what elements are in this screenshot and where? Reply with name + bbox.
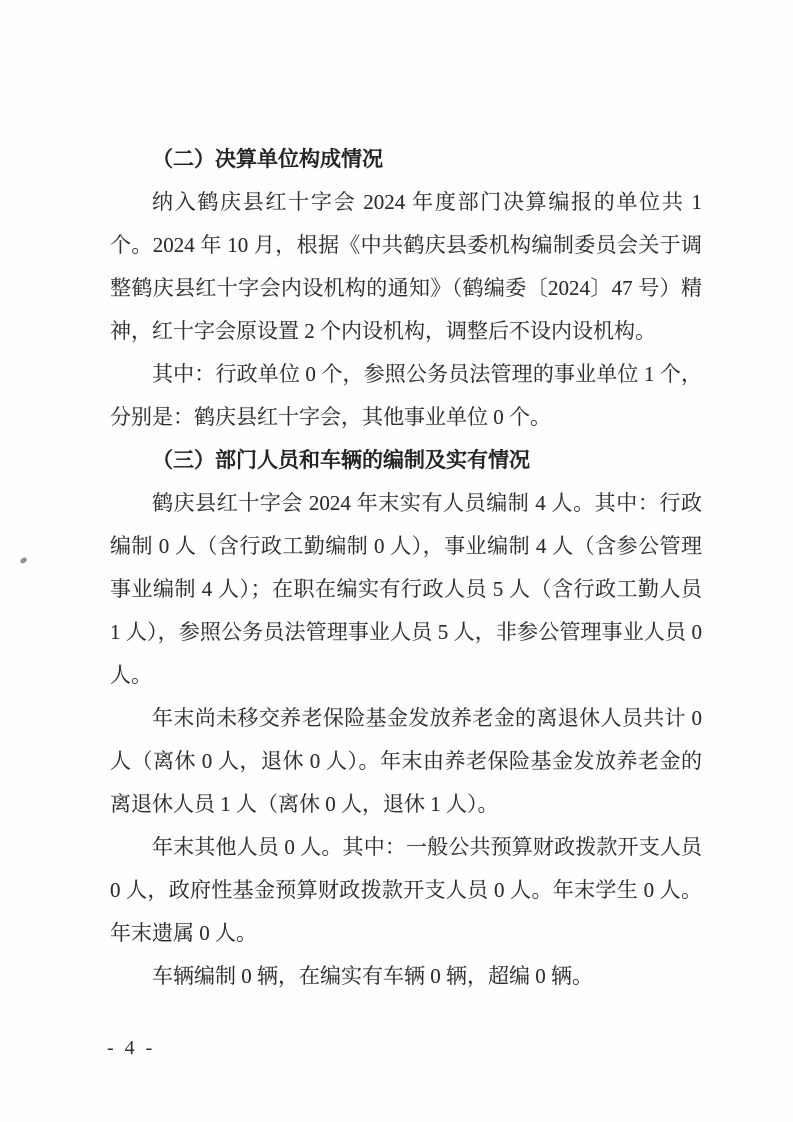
paragraph-vehicles: 车辆编制 0 辆，在编实有车辆 0 辆，超编 0 辆。 bbox=[110, 955, 702, 998]
paragraph-staffing-detail: 鹤庆县红十字会 2024 年末实有人员编制 4 人。其中：行政编制 0 人（含行… bbox=[110, 482, 702, 697]
paragraph-unit-composition-detail: 纳入鹤庆县红十字会 2024 年度部门决算编报的单位共 1 个。2024 年 1… bbox=[110, 181, 702, 353]
section-heading-staff-vehicles: （三）部门人员和车辆的编制及实有情况 bbox=[110, 439, 702, 482]
paragraph-other-personnel: 年末其他人员 0 人。其中：一般公共预算财政拨款开支人员 0 人，政府性基金预算… bbox=[110, 826, 702, 955]
paragraph-unit-breakdown: 其中：行政单位 0 个，参照公务员法管理的事业单位 1 个，分别是：鹤庆县红十字… bbox=[110, 353, 702, 439]
page-number: - 4 - bbox=[107, 1033, 155, 1063]
document-body: （二）决算单位构成情况 纳入鹤庆县红十字会 2024 年度部门决算编报的单位共 … bbox=[110, 138, 702, 998]
paragraph-retirees-detail: 年末尚未移交养老保险基金发放养老金的离退休人员共计 0 人（离休 0 人，退休 … bbox=[110, 697, 702, 826]
section-heading-unit-composition: （二）决算单位构成情况 bbox=[110, 138, 702, 181]
document-page: （二）决算单位构成情况 纳入鹤庆县红十字会 2024 年度部门决算编报的单位共 … bbox=[0, 0, 793, 1122]
scan-artifact-speck bbox=[19, 557, 27, 564]
